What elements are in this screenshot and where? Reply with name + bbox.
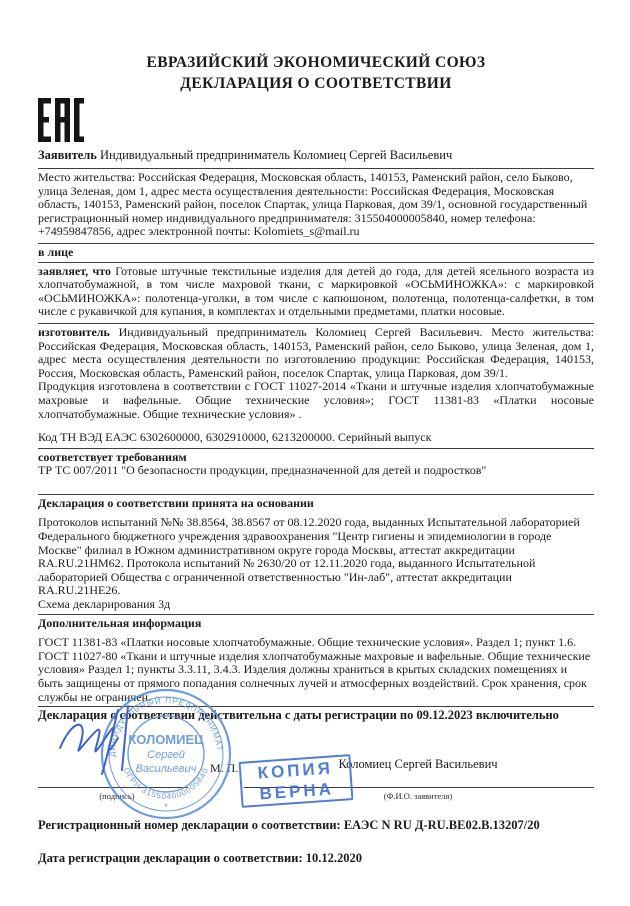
applicant-address: Место жительства: Российская Федерация, …	[38, 171, 594, 239]
manufacturer-label: изготовитель	[38, 325, 110, 339]
applicant-label: Заявитель	[38, 148, 97, 162]
divider	[38, 494, 594, 495]
basis-label: Декларация о соответствии принята на осн…	[38, 497, 594, 511]
title-declaration: ДЕКЛАРАЦИЯ О СООТВЕТСТВИИ	[38, 73, 594, 94]
compliance-label: соответствует требованиям	[38, 451, 594, 465]
declares-label: заявляет, что	[38, 264, 111, 278]
manufacturer-paragraph: изготовитель Индивидуальный предпринимат…	[38, 326, 594, 380]
declares-paragraph: заявляет, что Готовые штучные текстильны…	[38, 265, 594, 319]
eac-conformity-mark-icon	[38, 98, 594, 148]
divider	[38, 323, 594, 324]
copy-verna-stamp: КОПИЯ ВЕРНА	[239, 754, 354, 808]
divider	[38, 168, 594, 169]
basis-text: Протоколов испытаний №№ 38.8564, 38.8567…	[38, 516, 594, 598]
handwritten-signature	[52, 700, 192, 780]
additional-info-label: Дополнительная информация	[38, 617, 594, 631]
product-standards-paragraph: Продукция изготовлена в соответствии с Г…	[38, 380, 594, 421]
document-title: ЕВРАЗИЙСКИЙ ЭКОНОМИЧЕСКИЙ СОЮЗ ДЕКЛАРАЦИ…	[38, 52, 594, 94]
declares-text: Готовые штучные текстильные изделия для …	[38, 264, 594, 319]
divider	[38, 614, 594, 615]
in-person-label: в лице	[38, 246, 594, 260]
title-union: ЕВРАЗИЙСКИЙ ЭКОНОМИЧЕСКИЙ СОЮЗ	[38, 52, 594, 73]
divider	[38, 448, 594, 449]
stamp-star: *	[164, 802, 168, 812]
registration-date-line: Дата регистрации декларации о соответств…	[38, 852, 594, 866]
compliance-text: ТР ТС 007/2011 "О безопасности продукции…	[38, 464, 594, 478]
tnved-code-line: Код ТН ВЭД ЕАЭС 6302600000, 6302910000, …	[38, 431, 594, 445]
divider	[38, 243, 594, 244]
scheme-line: Схема декларирования 3д	[38, 598, 594, 612]
divider	[38, 262, 594, 263]
applicant-line: Заявитель Индивидуальный предприниматель…	[38, 148, 594, 163]
declaration-document: ЕВРАЗИЙСКИЙ ЭКОНОМИЧЕСКИЙ СОЮЗ ДЕКЛАРАЦИ…	[0, 0, 630, 906]
applicant-value: Индивидуальный предприниматель Коломиец …	[100, 148, 452, 162]
manufacturer-text: Индивидуальный предприниматель Коломиец …	[38, 325, 594, 380]
